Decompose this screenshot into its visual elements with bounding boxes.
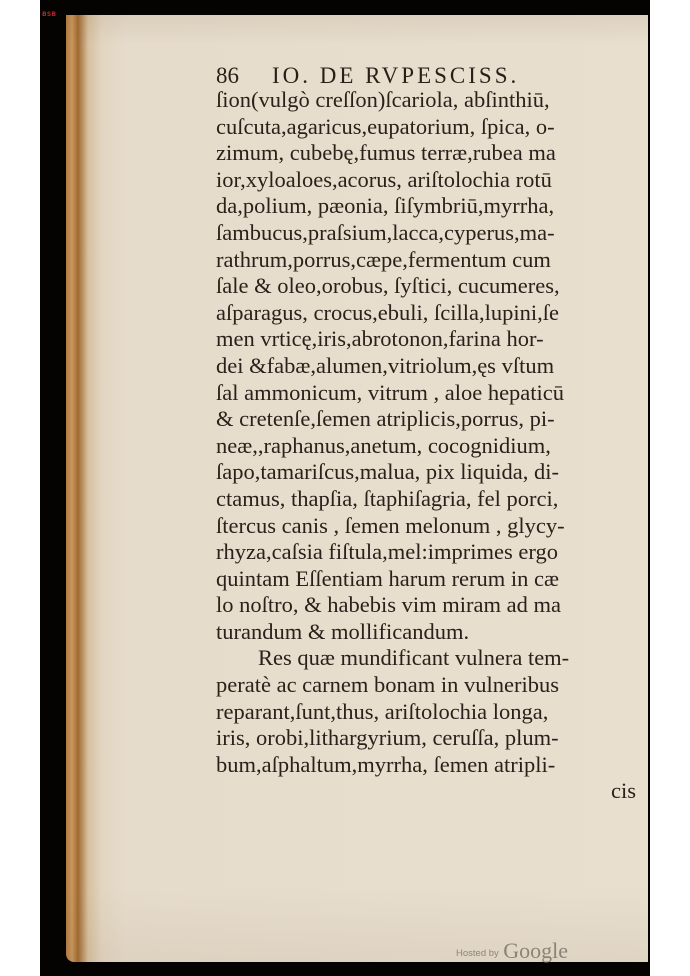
text-line: ſambucus,praſsium,lacca,cyperus,ma-: [216, 220, 640, 247]
text-line: rathrum,porrus,cæpe,fermentum cum: [216, 247, 640, 274]
text-line: ſapo,tamariſcus,malua, pix liquida, di-: [216, 459, 640, 486]
text-line: quintam Eſſentiam harum rerum in cæ: [216, 566, 640, 593]
text-line: ſale & oleo,orobus, ſyſtici, cucumeres,: [216, 273, 640, 300]
page-number: 86: [216, 63, 272, 89]
text-line: cuſcuta,agaricus,eupatorium, ſpica, o-: [216, 114, 640, 141]
text-line: rhyza,caſsia fiſtula,mel:imprimes ergo: [216, 539, 640, 566]
paragraph-start-line: Res quæ mundificant vulnera tem-: [216, 645, 640, 672]
text-line: bum,aſphaltum,myrrha, ſemen atripli-: [216, 752, 640, 779]
catchword: cis: [216, 778, 640, 805]
text-line: iris, orobi,lithargyrium, ceruſſa, plum-: [216, 725, 640, 752]
text-line: men vrticę,iris,abrotonon,farina hor-: [216, 326, 640, 353]
text-line: turandum & mollificandum.: [216, 619, 640, 646]
text-line: ſtercus canis , ſemen melonum , glycy-: [216, 513, 640, 540]
running-head: 86IO. DE RVPESCISS.: [216, 63, 596, 89]
body-text: ſion(vulgò creſſon)ſcariola, abſinthiū, …: [216, 87, 640, 805]
google-logo: Google: [503, 938, 568, 963]
text-line: neæ,,raphanus,anetum, cocognidium,: [216, 433, 640, 460]
text-line: da,polium, pæonia, ſiſymbriū,myrrha,: [216, 193, 640, 220]
text-line: ſal ammonicum, vitrum , aloe hepaticū: [216, 380, 640, 407]
running-title: IO. DE RVPESCISS.: [272, 63, 519, 88]
text-line: peratè ac carnem bonam in vulneribus: [216, 672, 640, 699]
library-mark: BSB: [42, 11, 56, 18]
text-line: & cretenſe,ſemen atriplicis,porrus, pi-: [216, 406, 640, 433]
text-line: reparant,ſunt,thus, ariſtolochia longa,: [216, 699, 640, 726]
text-line: zimum, cubebę,fumus terræ,rubea ma: [216, 140, 640, 167]
text-line: ſion(vulgò creſſon)ſcariola, abſinthiū,: [216, 87, 640, 114]
text-line: lo noſtro, & habebis vim miram ad ma: [216, 592, 640, 619]
google-watermark: Hosted by Google: [456, 938, 568, 964]
text-line: ctamus, thapſia, ſtaphiſagria, fel porci…: [216, 486, 640, 513]
watermark-prefix: Hosted by: [456, 948, 499, 959]
text-line: ior,xyloaloes,acorus, ariſtolochia rotū: [216, 167, 640, 194]
text-line: aſparagus, crocus,ebuli, ſcilla,lupini,ſ…: [216, 300, 640, 327]
text-line: dei &fabæ,alumen,vitriolum,ęs vſtum: [216, 353, 640, 380]
